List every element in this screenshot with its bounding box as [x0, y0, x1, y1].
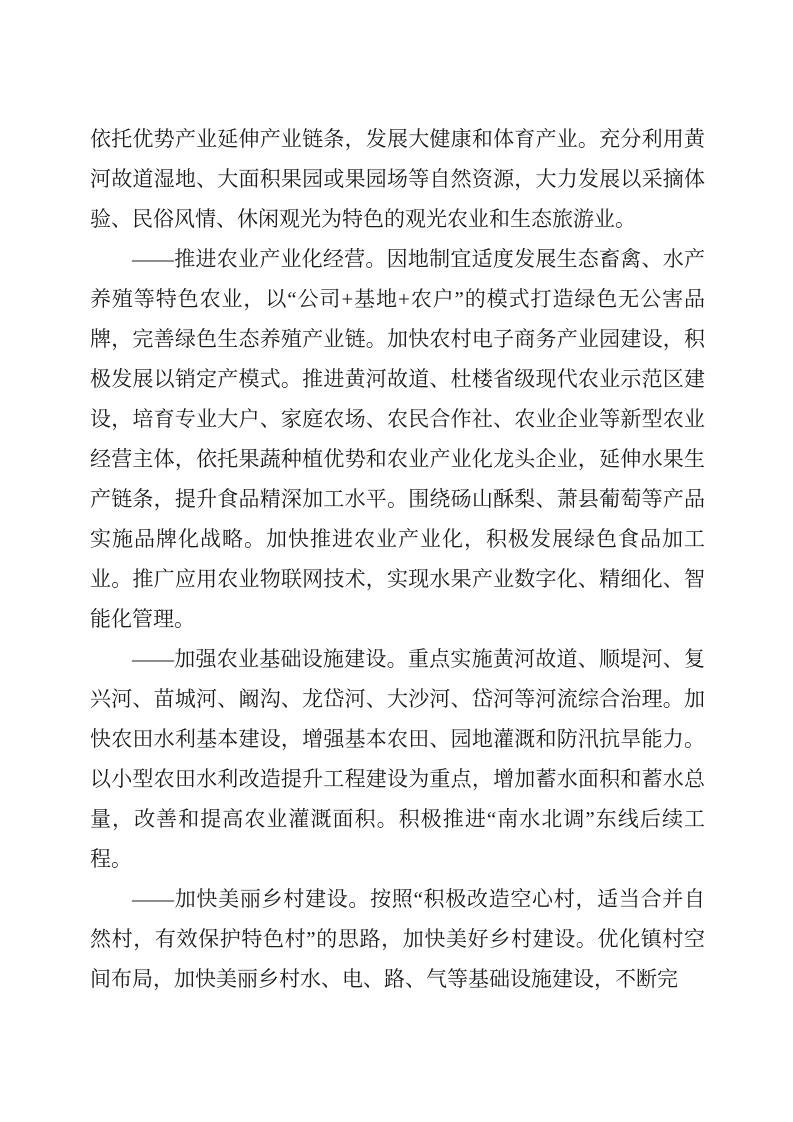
paragraph-continuation-tourism-agriculture: 依托优势产业延伸产业链条，发展大健康和体育产业。充分利用黄河故道湿地、大面积果园… — [90, 119, 705, 239]
paragraph-agricultural-industrialization: ——推进农业产业化经营。因地制宜适度发展生态畜禽、水产养殖等特色农业，以“公司+… — [90, 239, 705, 639]
paragraph-beautiful-village-construction: ——加快美丽乡村建设。按照“积极改造空心村，适当合并自然村，有效保护特色村”的思… — [90, 879, 705, 999]
document-page: 依托优势产业延伸产业链条，发展大健康和体育产业。充分利用黄河故道湿地、大面积果园… — [0, 0, 793, 1122]
paragraph-agricultural-infrastructure: ——加强农业基础设施建设。重点实施黄河故道、顺堤河、复兴河、苗城河、阚沟、龙岱河… — [90, 639, 705, 879]
